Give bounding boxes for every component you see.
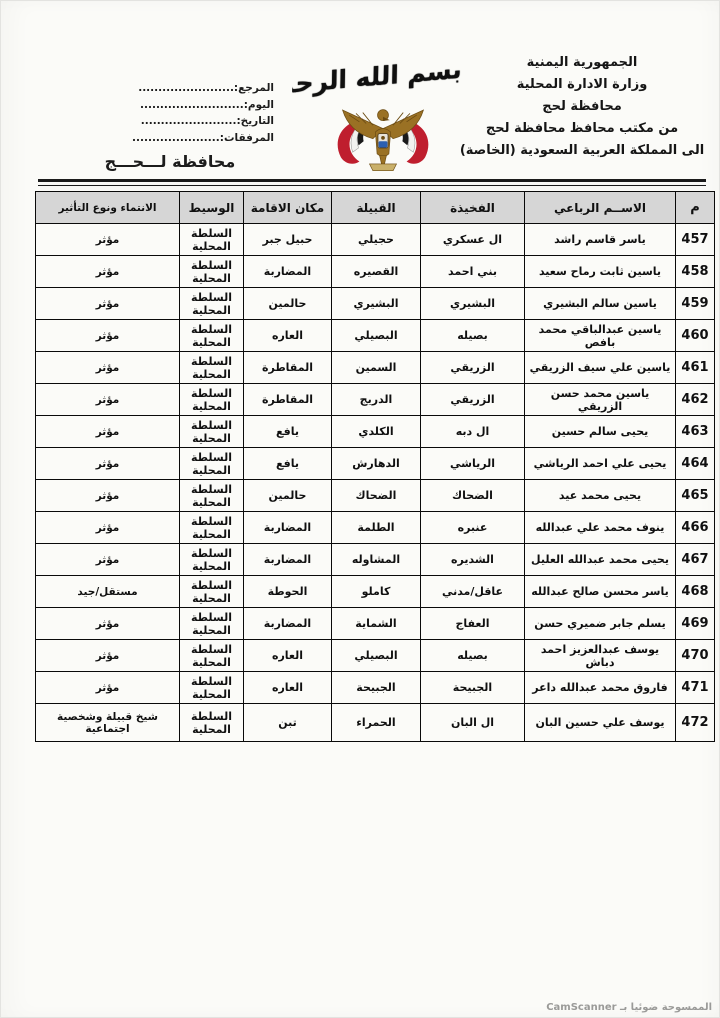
table-cell: فاروق محمد عبدالله داعر (525, 672, 676, 704)
table-cell: يحيى محمد عيد (525, 480, 676, 512)
row-number: 457 (676, 224, 715, 256)
table-row: 465يحيى محمد عيدالضحاكالضحاكحالمينالسلطة… (36, 480, 715, 512)
table-cell: السلطة المحلية (180, 704, 244, 742)
table-cell: الزريقي (421, 384, 525, 416)
table-header-row: مالاســم الرباعيالفخيذةالقبيلةمكان الاقا… (36, 192, 715, 224)
column-header: م (676, 192, 715, 224)
table-cell: السلطة المحلية (180, 416, 244, 448)
table-cell: حالمين (244, 480, 332, 512)
table-cell: تبن (244, 704, 332, 742)
letterhead-right-block: الجمهورية اليمنيةوزارة الادارة المحليةمح… (456, 52, 708, 162)
table-row: 468ياسر محسن صالح عبداللهعاقل/مدنيكاملوا… (36, 576, 715, 608)
letterhead-line: وزارة الادارة المحلية (456, 74, 708, 96)
row-number: 463 (676, 416, 715, 448)
column-header: الانتماء ونوع التأثير (36, 192, 180, 224)
table-cell: ياسين عبدالباقي محمد بافص (525, 320, 676, 352)
table-row: 471فاروق محمد عبدالله داعرالجبيحةالجبيحة… (36, 672, 715, 704)
table-cell: الشماية (332, 608, 421, 640)
table-cell: ياسين ثابت رماح سعيد (525, 256, 676, 288)
table-cell: الطلمة (332, 512, 421, 544)
table-cell: يحيى علي احمد الرياشي (525, 448, 676, 480)
row-number: 458 (676, 256, 715, 288)
table-cell: المضاربة (244, 256, 332, 288)
table-cell: ينوف محمد علي عبدالله (525, 512, 676, 544)
table-cell: المضاربة (244, 608, 332, 640)
table-cell: بصيله (421, 320, 525, 352)
table-cell: الدهارش (332, 448, 421, 480)
table-cell: السلطة المحلية (180, 608, 244, 640)
table-row: 469يسلم جابر ضميري حسنالعفاجالشمايةالمضا… (36, 608, 715, 640)
table-cell: عاقل/مدني (421, 576, 525, 608)
table-cell: البصيلي (332, 640, 421, 672)
table-cell: مؤثر (36, 544, 180, 576)
table-cell: السلطة المحلية (180, 480, 244, 512)
table-cell: المشاوله (332, 544, 421, 576)
table-cell: ياسر قاسم راشد (525, 224, 676, 256)
column-header: الفخيذة (421, 192, 525, 224)
table-cell: يحيى سالم حسين (525, 416, 676, 448)
row-number: 466 (676, 512, 715, 544)
table-cell: السلطة المحلية (180, 256, 244, 288)
table-row: 460ياسين عبدالباقي محمد بافصبصيلهالبصيلي… (36, 320, 715, 352)
table-row: 472يوسف علي حسين البانال البانالحمراءتبن… (36, 704, 715, 742)
table-cell: ياسين محمد حسن الزريقي (525, 384, 676, 416)
table-cell: مؤثر (36, 384, 180, 416)
table-cell: السلطة المحلية (180, 448, 244, 480)
reference-fields: المرجع:........................اليوم:...… (66, 80, 274, 146)
table-cell: الشديره (421, 544, 525, 576)
table-cell: بصيله (421, 640, 525, 672)
table-cell: المضاربة (244, 512, 332, 544)
table-cell: السلطة المحلية (180, 544, 244, 576)
table-cell: الدريج (332, 384, 421, 416)
table-cell: المقاطرة (244, 384, 332, 416)
persons-table: مالاســم الرباعيالفخيذةالقبيلةمكان الاقا… (35, 191, 715, 742)
table-cell: الزريقي (421, 352, 525, 384)
table-row: 462ياسين محمد حسن الزريقيالزريقيالدريجال… (36, 384, 715, 416)
table-row: 458ياسين ثابت رماح سعيدبني احمدالقصيرهال… (36, 256, 715, 288)
letterhead-line: الى المملكة العربية السعودية (الخاصة) (456, 140, 708, 162)
table-cell: مؤثر (36, 512, 180, 544)
table-cell: السلطة المحلية (180, 384, 244, 416)
table-cell: مؤثر (36, 608, 180, 640)
row-number: 459 (676, 288, 715, 320)
table-cell: الكلدي (332, 416, 421, 448)
table-cell: مؤثر (36, 352, 180, 384)
row-number: 472 (676, 704, 715, 742)
row-number: 464 (676, 448, 715, 480)
table-body: 457ياسر قاسم راشدال عسكريحجيليحبيل جبرال… (36, 224, 715, 742)
reference-field: المرفقات:...................... (66, 130, 274, 147)
camscanner-watermark: الممسوحة ضوئيا بـ CamScanner (546, 1002, 712, 1013)
table-cell: يسلم جابر ضميري حسن (525, 608, 676, 640)
table-row: 457ياسر قاسم راشدال عسكريحجيليحبيل جبرال… (36, 224, 715, 256)
table-row: 459ياسين سالم البشيريالبشيريالبشيريحالمي… (36, 288, 715, 320)
letterhead-line: الجمهورية اليمنية (456, 52, 708, 74)
table-cell: السلطة المحلية (180, 224, 244, 256)
table-cell: يافع (244, 448, 332, 480)
table-cell: بني احمد (421, 256, 525, 288)
table-cell: مؤثر (36, 256, 180, 288)
table-cell: ياسين علي سيف الزريقي (525, 352, 676, 384)
letterhead-line: من مكتب محافظ محافظة لحج (456, 118, 708, 140)
table-cell: البشيري (332, 288, 421, 320)
table-cell: يوسف عبدالعزيز احمد دباش (525, 640, 676, 672)
table-cell: السلطة المحلية (180, 576, 244, 608)
table-cell: البصيلي (332, 320, 421, 352)
table-cell: المقاطرة (244, 352, 332, 384)
column-header: مكان الاقامة (244, 192, 332, 224)
table-cell: يافع (244, 416, 332, 448)
table-cell: مؤثر (36, 416, 180, 448)
table-cell: الحمراء (332, 704, 421, 742)
scanned-document-page: الجمهورية اليمنيةوزارة الادارة المحليةمح… (0, 0, 720, 1018)
table-cell: الضحاك (421, 480, 525, 512)
table-cell: الجبيحة (332, 672, 421, 704)
table-cell: المضاربة (244, 544, 332, 576)
table-cell: يوسف علي حسين البان (525, 704, 676, 742)
table-row: 461ياسين علي سيف الزريقيالزريقيالسمينالم… (36, 352, 715, 384)
table-cell: السلطة المحلية (180, 352, 244, 384)
table-cell: ياسين سالم البشيري (525, 288, 676, 320)
table-cell: مؤثر (36, 288, 180, 320)
table-cell: مؤثر (36, 448, 180, 480)
column-header: الوسيط (180, 192, 244, 224)
table-cell: كاملو (332, 576, 421, 608)
table-cell: العاره (244, 672, 332, 704)
row-number: 468 (676, 576, 715, 608)
table-cell: العاره (244, 320, 332, 352)
reference-field: المرجع:........................ (66, 80, 274, 97)
table-row: 470يوسف عبدالعزيز احمد دباشبصيلهالبصيليا… (36, 640, 715, 672)
table-cell: القصيره (332, 256, 421, 288)
table-cell: الحوطة (244, 576, 332, 608)
table-cell: ال دبه (421, 416, 525, 448)
table-cell: السلطة المحلية (180, 512, 244, 544)
table-cell: الرياشي (421, 448, 525, 480)
row-number: 462 (676, 384, 715, 416)
table-cell: مؤثر (36, 640, 180, 672)
table-cell: مؤثر (36, 672, 180, 704)
row-number: 470 (676, 640, 715, 672)
table-cell: يحيى محمد عبدالله العليل (525, 544, 676, 576)
table-cell: مؤثر (36, 480, 180, 512)
table-cell: السلطة المحلية (180, 320, 244, 352)
table-cell: العفاج (421, 608, 525, 640)
persons-table-container: مالاســم الرباعيالفخيذةالقبيلةمكان الاقا… (35, 191, 697, 742)
table-cell: عنبره (421, 512, 525, 544)
table-cell: مستقل/جيد (36, 576, 180, 608)
table-row: 463يحيى سالم حسينال دبهالكلدييافعالسلطة … (36, 416, 715, 448)
table-cell: السلطة المحلية (180, 288, 244, 320)
table-cell: ياسر محسن صالح عبدالله (525, 576, 676, 608)
letterhead-left-block: المرجع:........................اليوم:...… (66, 80, 274, 171)
table-cell: ال عسكري (421, 224, 525, 256)
header-divider (38, 179, 706, 186)
table-cell: ال البان (421, 704, 525, 742)
table-cell: الضحاك (332, 480, 421, 512)
row-number: 461 (676, 352, 715, 384)
table-row: 467يحيى محمد عبدالله العليلالشديرهالمشاو… (36, 544, 715, 576)
table-cell: العاره (244, 640, 332, 672)
row-number: 471 (676, 672, 715, 704)
table-row: 464يحيى علي احمد الرياشيالرياشيالدهارشيا… (36, 448, 715, 480)
table-cell: مؤثر (36, 320, 180, 352)
reference-field: التاريخ:........................ (66, 113, 274, 130)
table-cell: السلطة المحلية (180, 640, 244, 672)
row-number: 460 (676, 320, 715, 352)
table-cell: مؤثر (36, 224, 180, 256)
row-number: 465 (676, 480, 715, 512)
governorate-title: محافظة لـــحـــج (66, 152, 274, 171)
table-cell: حجيلي (332, 224, 421, 256)
table-cell: السلطة المحلية (180, 672, 244, 704)
yemen-coat-of-arms-icon (324, 96, 442, 178)
table-row: 466ينوف محمد علي عبداللهعنبرهالطلمةالمضا… (36, 512, 715, 544)
row-number: 467 (676, 544, 715, 576)
column-header: الاســم الرباعي (525, 192, 676, 224)
table-cell: السمين (332, 352, 421, 384)
column-header: القبيلة (332, 192, 421, 224)
reference-field: اليوم:.......................... (66, 97, 274, 114)
table-cell: البشيري (421, 288, 525, 320)
table-cell: حبيل جبر (244, 224, 332, 256)
row-number: 469 (676, 608, 715, 640)
table-cell: شيخ قبيلة وشخصية اجتماعية (36, 704, 180, 742)
table-cell: حالمين (244, 288, 332, 320)
table-cell: الجبيحة (421, 672, 525, 704)
letterhead-line: محافظة لحج (456, 96, 708, 118)
